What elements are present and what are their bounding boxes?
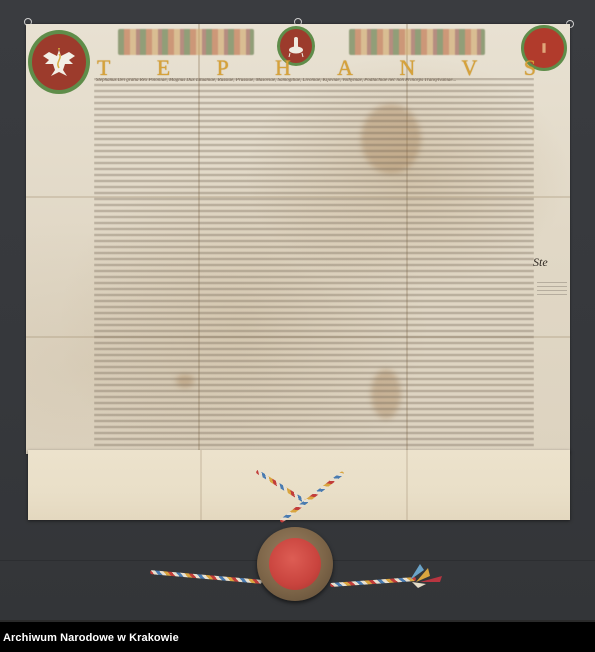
floral-frieze [349, 29, 485, 55]
fold-line [200, 450, 202, 520]
manuscript-text-body [94, 78, 534, 450]
caption-bar: Archiwum Narodowe w Krakowie [0, 620, 595, 652]
signature: Ste [533, 255, 548, 270]
archive-caption: Archiwum Narodowe w Krakowie [3, 632, 179, 644]
floral-frieze [118, 29, 254, 55]
white-eagle-icon [28, 30, 90, 94]
wax-seal-icon [257, 527, 333, 601]
fold-line [406, 450, 408, 520]
marginal-annotation [537, 282, 567, 296]
seal-wax-impression [269, 538, 321, 590]
cord-tassel-icon [406, 560, 446, 588]
